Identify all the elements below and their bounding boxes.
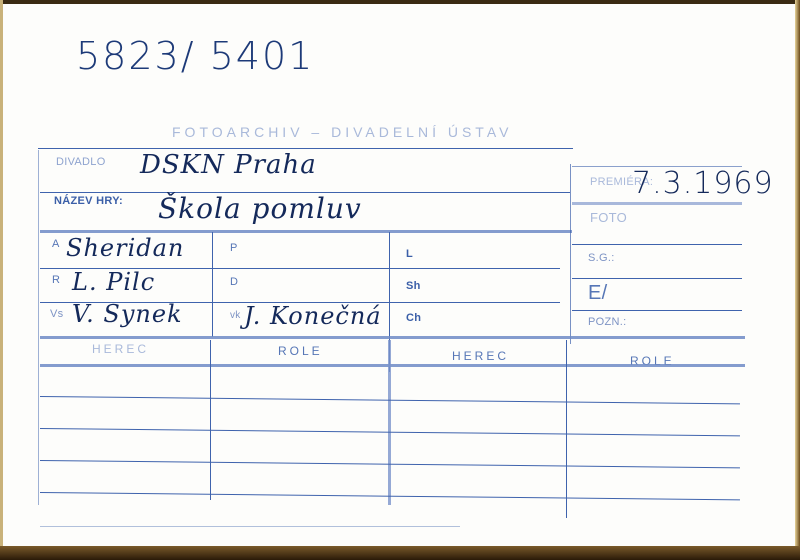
right-section-border — [570, 164, 571, 344]
set-design-label: Vs — [50, 308, 63, 320]
sg-label: S.G.: — [588, 252, 615, 264]
premiere-value: 7.3.1969 — [632, 166, 774, 201]
play-title-label: NÁZEV HRY: — [54, 195, 123, 207]
dramaturg-label: D — [230, 276, 238, 288]
costume-value: J. Konečná — [244, 302, 382, 330]
costume-label: vk — [230, 310, 241, 321]
choreography-label: Ch — [406, 312, 421, 324]
photo-label: FOTO — [590, 210, 627, 225]
theatre-label: DIVADLO — [56, 156, 106, 168]
cast-header-actor-2: HEREC — [452, 349, 509, 363]
theatre-value: DSKN Praha — [140, 150, 317, 180]
e-label: E/ — [588, 282, 608, 305]
lighting-label: L — [406, 248, 413, 260]
author-value: Sheridan — [66, 234, 184, 262]
divider — [572, 244, 742, 245]
translator-label: P — [230, 242, 238, 254]
grid-line — [210, 340, 211, 500]
note-label: POZN.: — [588, 316, 626, 328]
cast-header-actor-1: HEREC — [92, 342, 149, 356]
grid-line — [566, 340, 567, 518]
divider — [572, 310, 742, 311]
divider — [40, 364, 745, 367]
divider — [572, 202, 742, 205]
set-design-value: V. Synek — [72, 300, 183, 328]
left-border-line — [38, 150, 39, 505]
photo-frame-left — [0, 0, 3, 560]
top-border-line — [38, 148, 573, 149]
play-title-value: Škola pomluv — [158, 192, 362, 225]
author-label: A — [52, 238, 60, 250]
cast-header-role-1: ROLE — [278, 344, 323, 358]
grid-line — [212, 232, 213, 337]
director-label: R — [52, 274, 60, 286]
grid-line — [388, 340, 391, 505]
header-stamp: FOTOARCHIV – DIVADELNÍ ÚSTAV — [172, 124, 512, 140]
photo-frame-top — [0, 0, 800, 4]
divider — [40, 230, 572, 233]
divider — [40, 336, 745, 339]
catalog-number: 5823/ 5401 — [76, 34, 314, 78]
table-row — [40, 526, 460, 527]
director-value: L. Pilc — [72, 268, 155, 296]
photo-frame-right — [795, 0, 800, 560]
photo-frame-bottom — [0, 546, 800, 560]
music-label: Sh — [406, 280, 421, 292]
divider — [572, 278, 742, 279]
